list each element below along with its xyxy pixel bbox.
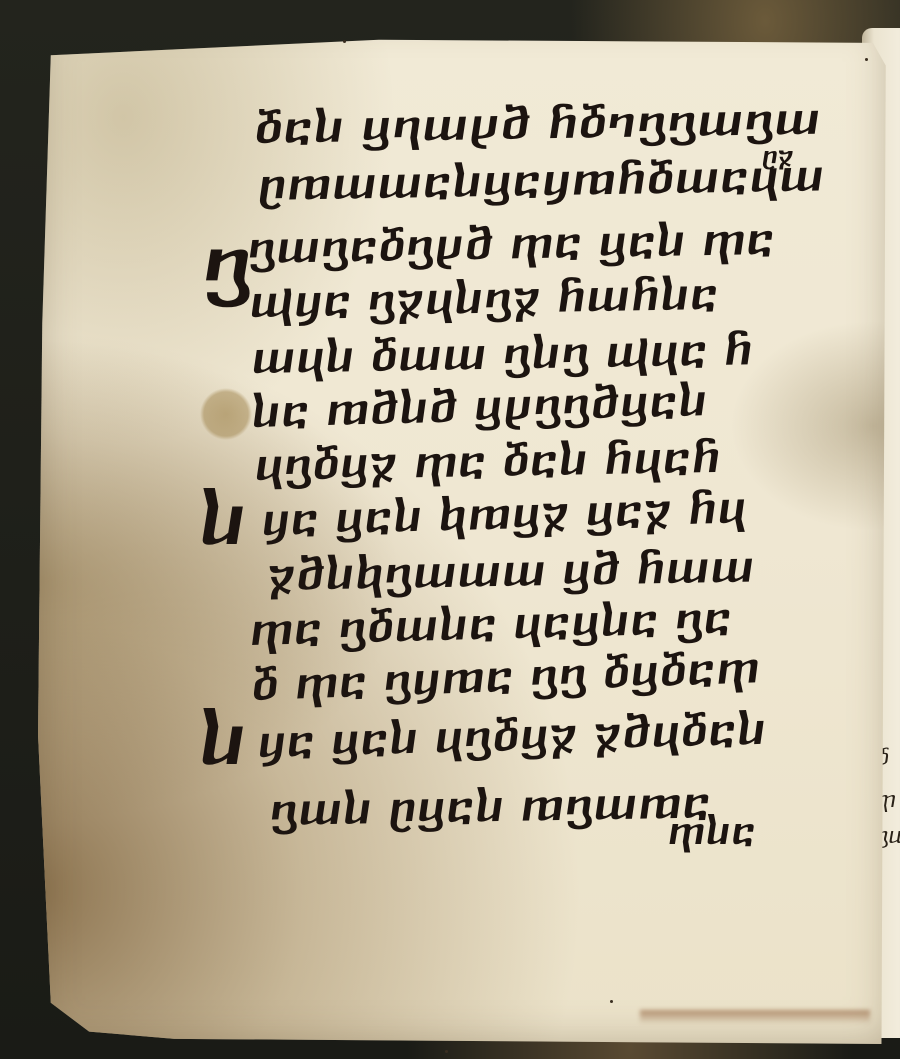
- text-line-1: ⴃⴀⴑ ⴁⴄⴍⴞⴋ ⴌⴃⴈⴂⴂⴍⴂⴍ: [255, 99, 822, 150]
- text-line-3: ⴂⴍⴂⴀⴃⴂⴞⴋ ⴅⴀ ⴁⴀⴑ ⴅⴀ: [248, 219, 776, 270]
- text-line-9: ⴟⴋⴑⴉⴂⴍⴍⴍ ⴁⴋ ⴌⴍⴍ: [268, 546, 756, 596]
- text-line-6: ⴑⴀ ⴊⴋⴑⴋ ⴁⴞⴂⴂⴋⴁⴀⴑ: [251, 380, 708, 434]
- text-line-11: ⴃ ⴅⴀ ⴂⴘⴊⴀ ⴂⴂ ⴃⴁⴃⴀⴅ: [251, 647, 761, 707]
- text-line-5: ⴍⴗⴑ ⴃⴍⴍ ⴂⴑⴂ ⴓⴗⴀ ⴌ: [252, 329, 754, 380]
- text-line-13: ⴂⴍⴑ ⴚⴁⴀⴑ ⴊⴂⴍⴊⴀ: [270, 782, 712, 832]
- text-line-7: ⴗⴂⴃⴁⴟ ⴅⴀ ⴃⴀⴑ ⴌⴗⴀⴌ: [255, 437, 722, 487]
- text-line-14: ⴅⴑⴀ: [668, 815, 757, 851]
- text-line-12: ⴘⴀ ⴁⴀⴑ ⴗⴂⴃⴁⴟ ⴟⴋⴗⴃⴀⴑ: [257, 709, 767, 764]
- text-line-2: ⴚⴊⴍⴍⴀⴑⴁⴀⴘⴊⴌⴃⴍⴀⴗⴍ: [258, 155, 826, 207]
- text-line-4: ⴓⴘⴀ ⴂⴟⴗⴑⴂⴟ ⴌⴍⴌⴑⴀ: [250, 274, 720, 324]
- text-line-8: ⴘⴀ ⴁⴀⴑ ⴉⴊⴁⴟ ⴁⴀⴟ ⴌⴗ: [261, 487, 747, 542]
- manuscript-text: ⴃⴀⴑ ⴁⴄⴍⴞⴋ ⴌⴃⴈⴂⴂⴍⴂⴍ ⴚⴟ ⴚⴊⴍⴍⴀⴑⴁⴀⴘⴊⴌⴃⴍⴀⴗⴍ ⴂ…: [0, 0, 900, 1059]
- marginal-initial: ⴑ: [200, 708, 246, 776]
- marginal-initial: ⴂ: [203, 228, 252, 302]
- text-line-10: ⴅⴀ ⴂⴃⴍⴑⴀ ⴗⴀⴁⴑⴀ ⴂⴀ: [249, 597, 733, 652]
- marginal-initial: ⴑ: [200, 488, 246, 556]
